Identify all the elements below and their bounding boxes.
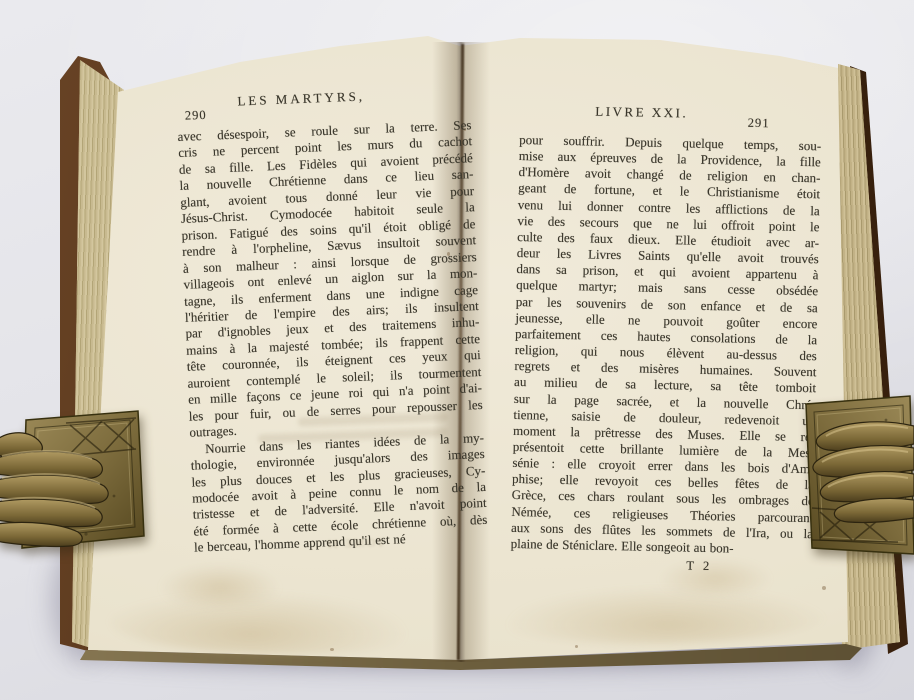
book-photograph: 290 LES MARTYRS, avec désespoir, se roul… [0, 0, 914, 700]
page-number: 291 [748, 116, 770, 131]
water-stain [470, 580, 830, 644]
left-page-text: 290 LES MARTYRS, avec désespoir, se roul… [176, 84, 488, 556]
body-text: avec désespoir, se roule sur la terre. S… [177, 117, 488, 556]
foxing-speck [822, 586, 826, 590]
water-stain [140, 560, 300, 606]
foxing-speck [575, 645, 578, 648]
body-text: pour souffrir. Depuis quelque temps, sou… [511, 132, 822, 558]
foxing-speck [330, 648, 334, 651]
brass-page-holder-left [0, 396, 152, 568]
page-number: 290 [185, 108, 207, 124]
brass-page-holder-right [796, 390, 914, 572]
right-page-text: LIVRE XXI. 291 pour souffrir. Depuis que… [510, 102, 822, 576]
right-page-header: LIVRE XXI. 291 [519, 102, 822, 138]
